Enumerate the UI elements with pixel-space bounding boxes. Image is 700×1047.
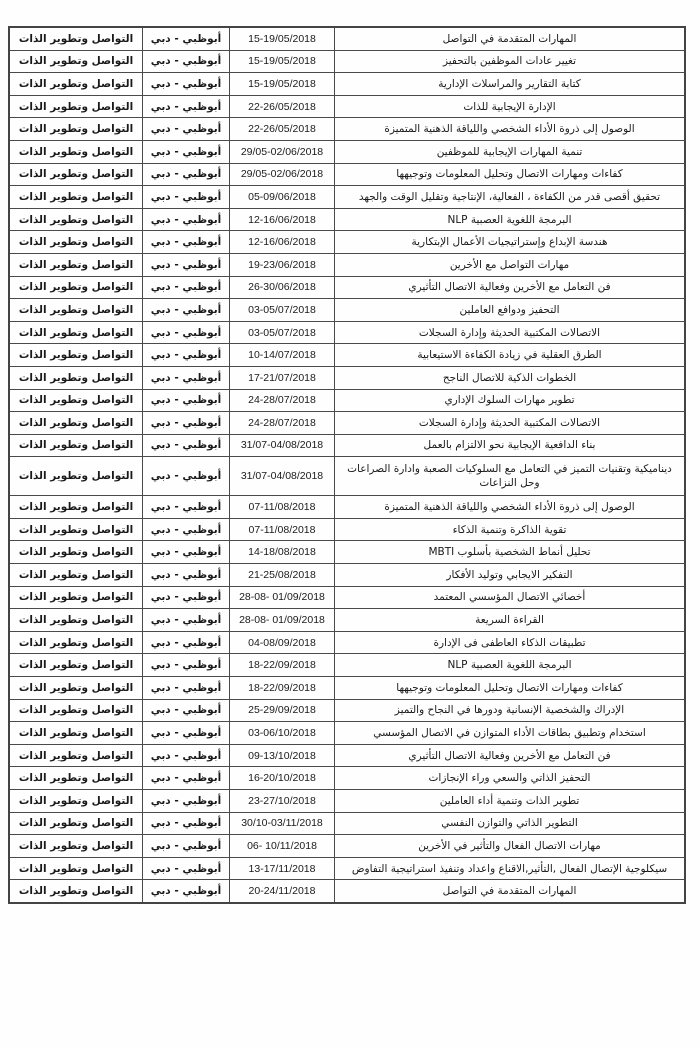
category-cell: التواصل وتطوير الذات (9, 654, 143, 677)
date-cell: 29/05-02/06/2018 (230, 163, 335, 186)
table-row: التواصل وتطوير الذات أبوظبي - دبي 03-05/… (9, 321, 685, 344)
category-cell: التواصل وتطوير الذات (9, 27, 143, 50)
city-cell: أبوظبي - دبي (143, 654, 230, 677)
table-row: التواصل وتطوير الذات أبوظبي - دبي 14-18/… (9, 541, 685, 564)
course-title-cell: التحفيز ودوافع العاملين (335, 299, 686, 322)
category-cell: التواصل وتطوير الذات (9, 744, 143, 767)
category-cell: التواصل وتطوير الذات (9, 253, 143, 276)
city-cell: أبوظبي - دبي (143, 73, 230, 96)
table-row: التواصل وتطوير الذات أبوظبي - دبي 07-11/… (9, 518, 685, 541)
table-row: التواصل وتطوير الذات أبوظبي - دبي 17-21/… (9, 366, 685, 389)
date-cell: 22-26/05/2018 (230, 95, 335, 118)
city-cell: أبوظبي - دبي (143, 518, 230, 541)
city-cell: أبوظبي - دبي (143, 812, 230, 835)
table-row: التواصل وتطوير الذات أبوظبي - دبي 29/05-… (9, 163, 685, 186)
category-cell: التواصل وتطوير الذات (9, 790, 143, 813)
city-cell: أبوظبي - دبي (143, 541, 230, 564)
table-row: التواصل وتطوير الذات أبوظبي - دبي 03-05/… (9, 299, 685, 322)
table-row: التواصل وتطوير الذات أبوظبي - دبي 23-27/… (9, 790, 685, 813)
category-cell: التواصل وتطوير الذات (9, 412, 143, 435)
city-cell: أبوظبي - دبي (143, 699, 230, 722)
category-cell: التواصل وتطوير الذات (9, 389, 143, 412)
category-cell: التواصل وتطوير الذات (9, 140, 143, 163)
date-cell: 22-26/05/2018 (230, 118, 335, 141)
category-cell: التواصل وتطوير الذات (9, 722, 143, 745)
category-cell: التواصل وتطوير الذات (9, 631, 143, 654)
scanned-document-page: التواصل وتطوير الذات أبوظبي - دبي 15-19/… (0, 0, 700, 1047)
table-row: التواصل وتطوير الذات أبوظبي - دبي 10-14/… (9, 344, 685, 367)
city-cell: أبوظبي - دبي (143, 208, 230, 231)
city-cell: أبوظبي - دبي (143, 321, 230, 344)
city-cell: أبوظبي - دبي (143, 344, 230, 367)
city-cell: أبوظبي - دبي (143, 389, 230, 412)
course-title-cell: مهارات الاتصال الفعال والتأثير في الأخري… (335, 835, 686, 858)
date-cell: 15-19/05/2018 (230, 27, 335, 50)
table-row: التواصل وتطوير الذات أبوظبي - دبي 15-19/… (9, 50, 685, 73)
date-cell: 20-24/11/2018 (230, 880, 335, 903)
course-title-cell: البرمجة اللغوية العصبية NLP (335, 208, 686, 231)
date-cell: 12-16/06/2018 (230, 208, 335, 231)
category-cell: التواصل وتطوير الذات (9, 163, 143, 186)
category-cell: التواصل وتطوير الذات (9, 677, 143, 700)
category-cell: التواصل وتطوير الذات (9, 118, 143, 141)
table-row: التواصل وتطوير الذات أبوظبي - دبي 05-09/… (9, 186, 685, 209)
date-cell: 17-21/07/2018 (230, 366, 335, 389)
table-row: التواصل وتطوير الذات أبوظبي - دبي 25-29/… (9, 699, 685, 722)
category-cell: التواصل وتطوير الذات (9, 609, 143, 632)
city-cell: أبوظبي - دبي (143, 140, 230, 163)
category-cell: التواصل وتطوير الذات (9, 73, 143, 96)
date-cell: 24-28/07/2018 (230, 389, 335, 412)
date-cell: 24-28/07/2018 (230, 412, 335, 435)
city-cell: أبوظبي - دبي (143, 299, 230, 322)
table-row: التواصل وتطوير الذات أبوظبي - دبي 31/07-… (9, 434, 685, 457)
category-cell: التواصل وتطوير الذات (9, 564, 143, 587)
course-title-cell: كفاءات ومهارات الاتصال وتحليل المعلومات … (335, 677, 686, 700)
city-cell: أبوظبي - دبي (143, 767, 230, 790)
date-cell: 05-09/06/2018 (230, 186, 335, 209)
city-cell: أبوظبي - دبي (143, 50, 230, 73)
city-cell: أبوظبي - دبي (143, 880, 230, 903)
course-title-cell: ديناميكية وتقنيات التميز في التعامل مع ا… (335, 457, 686, 496)
category-cell: التواصل وتطوير الذات (9, 857, 143, 880)
course-title-cell: الاتصالات المكتبية الحديثة وإدارة السجلا… (335, 321, 686, 344)
city-cell: أبوظبي - دبي (143, 677, 230, 700)
date-cell: 29/05-02/06/2018 (230, 140, 335, 163)
course-title-cell: كتابة التقارير والمراسلات الإدارية (335, 73, 686, 96)
city-cell: أبوظبي - دبي (143, 857, 230, 880)
category-cell: التواصل وتطوير الذات (9, 434, 143, 457)
city-cell: أبوظبي - دبي (143, 366, 230, 389)
category-cell: التواصل وتطوير الذات (9, 186, 143, 209)
date-cell: 25-29/09/2018 (230, 699, 335, 722)
course-title-cell: المهارات المتقدمة في التواصل (335, 880, 686, 903)
course-title-cell: فن التعامل مع الأخرين وفعالية الاتصال ال… (335, 276, 686, 299)
table-row: التواصل وتطوير الذات أبوظبي - دبي 18-22/… (9, 677, 685, 700)
date-cell: 19-23/06/2018 (230, 253, 335, 276)
city-cell: أبوظبي - دبي (143, 434, 230, 457)
table-row: التواصل وتطوير الذات أبوظبي - دبي 22-26/… (9, 118, 685, 141)
city-cell: أبوظبي - دبي (143, 586, 230, 609)
date-cell: 28-08- 01/09/2018 (230, 609, 335, 632)
city-cell: أبوظبي - دبي (143, 457, 230, 496)
course-title-cell: تطوير الذات وتنمية أداء العاملين (335, 790, 686, 813)
date-cell: 18-22/09/2018 (230, 654, 335, 677)
course-title-cell: سيكلوجية الإتصال الفعال ,التأثير,الاقناع… (335, 857, 686, 880)
date-cell: 16-20/10/2018 (230, 767, 335, 790)
table-row: التواصل وتطوير الذات أبوظبي - دبي 29/05-… (9, 140, 685, 163)
date-cell: 13-17/11/2018 (230, 857, 335, 880)
course-title-cell: بناء الدافعية الإيجابية نحو الالتزام بال… (335, 434, 686, 457)
city-cell: أبوظبي - دبي (143, 186, 230, 209)
category-cell: التواصل وتطوير الذات (9, 344, 143, 367)
category-cell: التواصل وتطوير الذات (9, 541, 143, 564)
table-row: التواصل وتطوير الذات أبوظبي - دبي 12-16/… (9, 208, 685, 231)
category-cell: التواصل وتطوير الذات (9, 208, 143, 231)
course-title-cell: تطبيقات الذكاء العاطفى فى الإدارة (335, 631, 686, 654)
category-cell: التواصل وتطوير الذات (9, 95, 143, 118)
course-title-cell: الوصول إلى ذروة الأداء الشخصي واللياقة ا… (335, 496, 686, 519)
date-cell: 31/07-04/08/2018 (230, 434, 335, 457)
table-row: التواصل وتطوير الذات أبوظبي - دبي 22-26/… (9, 95, 685, 118)
date-cell: 03-05/07/2018 (230, 321, 335, 344)
course-title-cell: الخطوات الذكية للاتصال الناجح (335, 366, 686, 389)
category-cell: التواصل وتطوير الذات (9, 366, 143, 389)
city-cell: أبوظبي - دبي (143, 564, 230, 587)
table-row: التواصل وتطوير الذات أبوظبي - دبي 18-22/… (9, 654, 685, 677)
category-cell: التواصل وتطوير الذات (9, 586, 143, 609)
course-title-cell: التفكير الايجابي وتوليد الأفكار (335, 564, 686, 587)
table-row: التواصل وتطوير الذات أبوظبي - دبي 09-13/… (9, 744, 685, 767)
category-cell: التواصل وتطوير الذات (9, 496, 143, 519)
course-title-cell: أخصائي الاتصال المؤسسي المعتمد (335, 586, 686, 609)
date-cell: 03-06/10/2018 (230, 722, 335, 745)
city-cell: أبوظبي - دبي (143, 722, 230, 745)
category-cell: التواصل وتطوير الذات (9, 699, 143, 722)
city-cell: أبوظبي - دبي (143, 163, 230, 186)
table-row: التواصل وتطوير الذات أبوظبي - دبي 03-06/… (9, 722, 685, 745)
table-row: التواصل وتطوير الذات أبوظبي - دبي 24-28/… (9, 412, 685, 435)
category-cell: التواصل وتطوير الذات (9, 50, 143, 73)
date-cell: 06- 10/11/2018 (230, 835, 335, 858)
course-title-cell: تحقيق أقصى قدر من الكفاءة ، الفعالية، ال… (335, 186, 686, 209)
table-row: التواصل وتطوير الذات أبوظبي - دبي 30/10-… (9, 812, 685, 835)
course-title-cell: الطرق العقلية في زيادة الكفاءة الاستيعاب… (335, 344, 686, 367)
category-cell: التواصل وتطوير الذات (9, 321, 143, 344)
city-cell: أبوظبي - دبي (143, 276, 230, 299)
table-row: التواصل وتطوير الذات أبوظبي - دبي 20-24/… (9, 880, 685, 903)
course-title-cell: فن التعامل مع الأخرين وفعالية الاتصال ال… (335, 744, 686, 767)
course-title-cell: تغيير عادات الموظفين بالتحفيز (335, 50, 686, 73)
course-title-cell: البرمجة اللغوية العصبية NLP (335, 654, 686, 677)
category-cell: التواصل وتطوير الذات (9, 457, 143, 496)
city-cell: أبوظبي - دبي (143, 27, 230, 50)
table-row: التواصل وتطوير الذات أبوظبي - دبي 15-19/… (9, 73, 685, 96)
table-row: التواصل وتطوير الذات أبوظبي - دبي 16-20/… (9, 767, 685, 790)
date-cell: 21-25/08/2018 (230, 564, 335, 587)
course-title-cell: تحليل أنماط الشخصية بأسلوب MBTI (335, 541, 686, 564)
table-row: التواصل وتطوير الذات أبوظبي - دبي 12-16/… (9, 231, 685, 254)
category-cell: التواصل وتطوير الذات (9, 767, 143, 790)
course-title-cell: التحفيز الذاتي والسعي وراء الإنجازات (335, 767, 686, 790)
course-title-cell: هندسة الإبداع وإستراتيجيات الأعمال الإبت… (335, 231, 686, 254)
date-cell: 18-22/09/2018 (230, 677, 335, 700)
table-row: التواصل وتطوير الذات أبوظبي - دبي 28-08-… (9, 609, 685, 632)
date-cell: 14-18/08/2018 (230, 541, 335, 564)
category-cell: التواصل وتطوير الذات (9, 299, 143, 322)
course-title-cell: تنمية المهارات الإيجابية للموظفين (335, 140, 686, 163)
course-title-cell: تطوير مهارات السلوك الإداري (335, 389, 686, 412)
course-title-cell: مهارات التواصل مع الأخرين (335, 253, 686, 276)
category-cell: التواصل وتطوير الذات (9, 276, 143, 299)
city-cell: أبوظبي - دبي (143, 835, 230, 858)
city-cell: أبوظبي - دبي (143, 118, 230, 141)
course-schedule-table: التواصل وتطوير الذات أبوظبي - دبي 15-19/… (8, 26, 686, 904)
table-row: التواصل وتطوير الذات أبوظبي - دبي 26-30/… (9, 276, 685, 299)
date-cell: 07-11/08/2018 (230, 496, 335, 519)
category-cell: التواصل وتطوير الذات (9, 880, 143, 903)
city-cell: أبوظبي - دبي (143, 95, 230, 118)
city-cell: أبوظبي - دبي (143, 790, 230, 813)
date-cell: 28-08- 01/09/2018 (230, 586, 335, 609)
course-title-cell: استخدام وتطبيق بطاقات الأداء المتوازن في… (335, 722, 686, 745)
date-cell: 03-05/07/2018 (230, 299, 335, 322)
schedule-table-body: التواصل وتطوير الذات أبوظبي - دبي 15-19/… (9, 27, 685, 903)
category-cell: التواصل وتطوير الذات (9, 835, 143, 858)
date-cell: 31/07-04/08/2018 (230, 457, 335, 496)
city-cell: أبوظبي - دبي (143, 744, 230, 767)
category-cell: التواصل وتطوير الذات (9, 518, 143, 541)
course-title-cell: الاتصالات المكتبية الحديثة وإدارة السجلا… (335, 412, 686, 435)
date-cell: 15-19/05/2018 (230, 50, 335, 73)
table-row: التواصل وتطوير الذات أبوظبي - دبي 19-23/… (9, 253, 685, 276)
city-cell: أبوظبي - دبي (143, 231, 230, 254)
course-title-cell: المهارات المتقدمة في التواصل (335, 27, 686, 50)
table-row: التواصل وتطوير الذات أبوظبي - دبي 07-11/… (9, 496, 685, 519)
course-title-cell: الإدراك والشخصية الإنسانية ودورها في الن… (335, 699, 686, 722)
city-cell: أبوظبي - دبي (143, 496, 230, 519)
city-cell: أبوظبي - دبي (143, 412, 230, 435)
city-cell: أبوظبي - دبي (143, 253, 230, 276)
course-title-cell: القراءة السريعة (335, 609, 686, 632)
table-row: التواصل وتطوير الذات أبوظبي - دبي 04-08/… (9, 631, 685, 654)
table-row: التواصل وتطوير الذات أبوظبي - دبي 28-08-… (9, 586, 685, 609)
course-title-cell: كفاءات ومهارات الاتصال وتحليل المعلومات … (335, 163, 686, 186)
date-cell: 12-16/06/2018 (230, 231, 335, 254)
date-cell: 10-14/07/2018 (230, 344, 335, 367)
category-cell: التواصل وتطوير الذات (9, 231, 143, 254)
date-cell: 09-13/10/2018 (230, 744, 335, 767)
date-cell: 07-11/08/2018 (230, 518, 335, 541)
course-title-cell: الوصول إلى ذروة الأداء الشخصي واللياقة ا… (335, 118, 686, 141)
date-cell: 30/10-03/11/2018 (230, 812, 335, 835)
date-cell: 23-27/10/2018 (230, 790, 335, 813)
table-row: التواصل وتطوير الذات أبوظبي - دبي 24-28/… (9, 389, 685, 412)
date-cell: 15-19/05/2018 (230, 73, 335, 96)
city-cell: أبوظبي - دبي (143, 609, 230, 632)
date-cell: 04-08/09/2018 (230, 631, 335, 654)
course-title-cell: التطوير الذاتي والتوازن النفسي (335, 812, 686, 835)
table-row: التواصل وتطوير الذات أبوظبي - دبي 13-17/… (9, 857, 685, 880)
category-cell: التواصل وتطوير الذات (9, 812, 143, 835)
table-row: التواصل وتطوير الذات أبوظبي - دبي 31/07-… (9, 457, 685, 496)
course-title-cell: الإدارة الإيجابية للذات (335, 95, 686, 118)
table-row: التواصل وتطوير الذات أبوظبي - دبي 21-25/… (9, 564, 685, 587)
course-title-cell: تقوية الذاكرة وتنمية الذكاء (335, 518, 686, 541)
city-cell: أبوظبي - دبي (143, 631, 230, 654)
date-cell: 26-30/06/2018 (230, 276, 335, 299)
table-row: التواصل وتطوير الذات أبوظبي - دبي 15-19/… (9, 27, 685, 50)
table-row: التواصل وتطوير الذات أبوظبي - دبي 06- 10… (9, 835, 685, 858)
